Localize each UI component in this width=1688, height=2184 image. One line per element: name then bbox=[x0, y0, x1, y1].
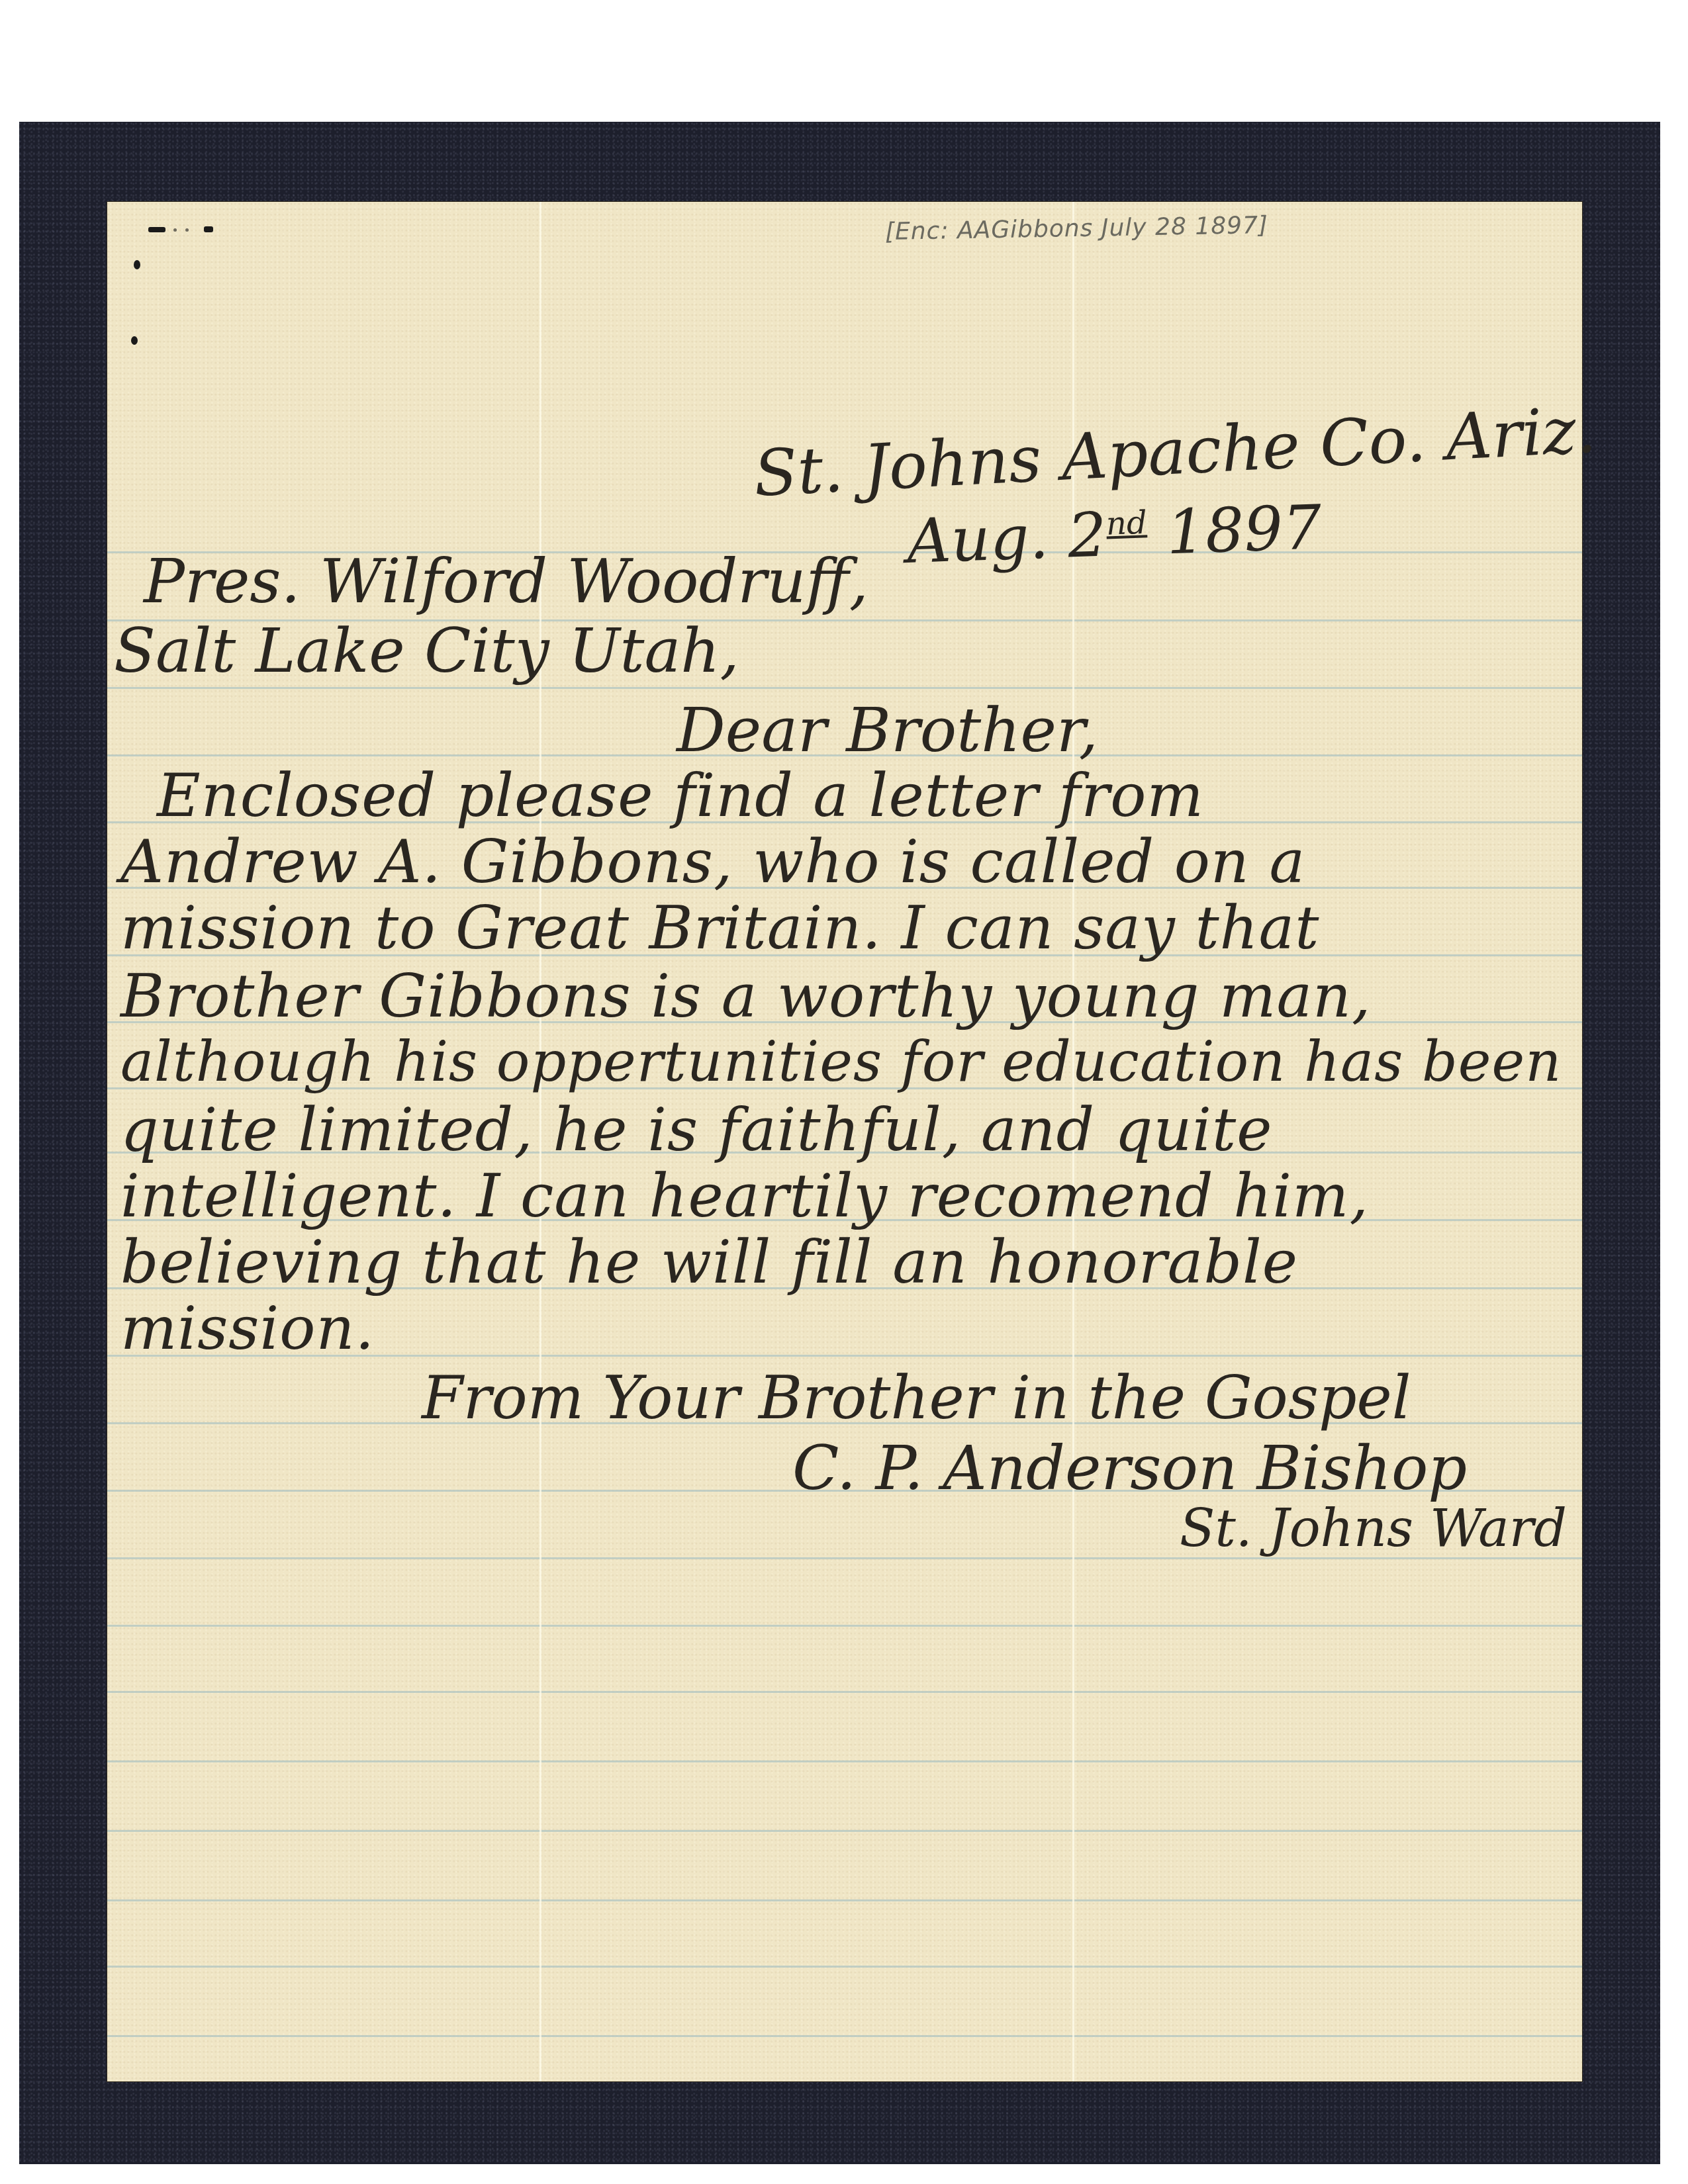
binding-mark bbox=[204, 226, 213, 232]
body-line: although his oppertunities for education… bbox=[120, 1029, 1562, 1094]
ruled-line bbox=[107, 1966, 1582, 1968]
ruled-line bbox=[107, 1760, 1582, 1762]
ruled-line bbox=[107, 1830, 1582, 1832]
binding-mark bbox=[131, 336, 138, 345]
ruled-line bbox=[107, 1899, 1582, 1901]
addressee-name: Pres. Wilford Woodruff, bbox=[144, 546, 868, 617]
archival-annotation: [Enc: AAGibbons July 28 1897] bbox=[885, 212, 1269, 246]
body-line: Enclosed please find a letter from bbox=[157, 761, 1204, 831]
letter-date: Aug. 2nd 1897 bbox=[906, 492, 1323, 577]
binding-mark bbox=[185, 228, 189, 232]
addressee-location: Salt Lake City Utah, bbox=[114, 615, 739, 686]
binding-mark bbox=[148, 227, 165, 232]
body-line: mission to Great Britain. I can say that bbox=[120, 893, 1319, 963]
date-year: 1897 bbox=[1166, 492, 1323, 568]
body-line: Brother Gibbons is a worthy young man, bbox=[120, 962, 1372, 1031]
binding-mark bbox=[134, 260, 140, 269]
body-line: Andrew A. Gibbons, who is called on a bbox=[120, 827, 1305, 897]
signature-title: St. Johns Ward bbox=[1180, 1499, 1567, 1559]
ruled-line bbox=[107, 2035, 1582, 2037]
closing: From Your Brother in the Gospel bbox=[422, 1363, 1411, 1433]
date-ordinal: nd bbox=[1105, 504, 1148, 543]
body-line: intelligent. I can heartily recomend him… bbox=[120, 1161, 1369, 1231]
date-day: Aug. 2 bbox=[906, 500, 1107, 577]
body-line: mission. bbox=[120, 1294, 375, 1363]
salutation: Dear Brother, bbox=[677, 695, 1098, 766]
body-line: quite limited, he is faithful, and quite bbox=[120, 1095, 1273, 1165]
binding-mark bbox=[173, 228, 177, 232]
body-line: believing that he will fill an honorable bbox=[120, 1228, 1298, 1297]
ruled-line bbox=[107, 1691, 1582, 1693]
letter-paper: [Enc: AAGibbons July 28 1897] St. Johns … bbox=[107, 202, 1582, 2081]
ruled-line bbox=[107, 1625, 1582, 1627]
letter-place: St. Johns Apache Co. Ariz. bbox=[752, 392, 1598, 511]
ruled-line bbox=[107, 687, 1582, 689]
signature: C. P. Anderson Bishop bbox=[792, 1433, 1467, 1504]
